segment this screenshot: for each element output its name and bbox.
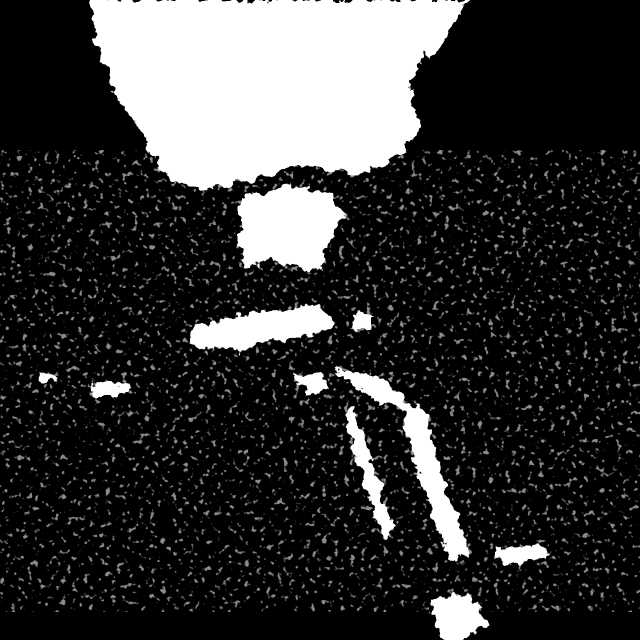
photo bbox=[0, 0, 640, 640]
thresholded-forest-image bbox=[0, 0, 640, 640]
